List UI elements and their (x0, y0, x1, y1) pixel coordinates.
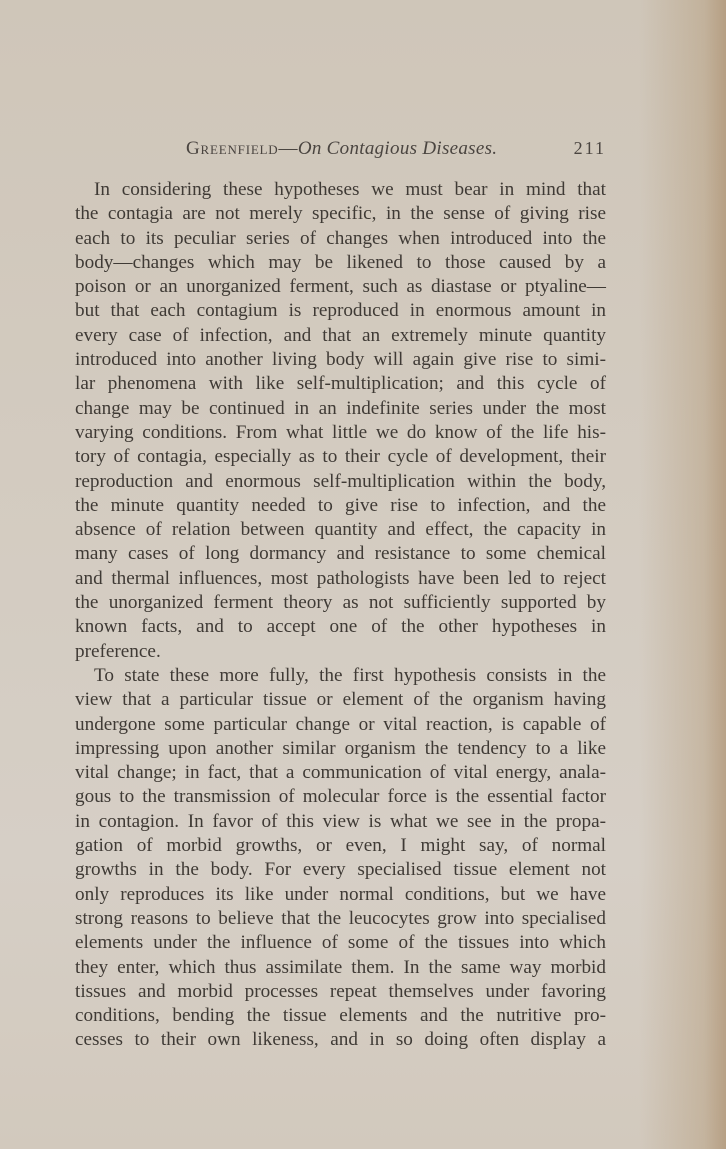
text-line: each to its peculiar series of changes w… (75, 227, 606, 251)
text-line: conditions, bending the tissue elements … (75, 1004, 606, 1028)
text-line: absence of relation between quantity and… (75, 518, 606, 542)
text-line: lar phenomena with like self-multiplicat… (75, 372, 606, 396)
text-line: only reproduces its like under normal co… (75, 883, 606, 907)
running-head-author: Greenfield (186, 138, 279, 159)
text-line: every case of infection, and that an ext… (75, 324, 606, 348)
text-line: preference. (75, 640, 606, 664)
text-line: known facts, and to accept one of the ot… (75, 615, 606, 639)
text-line: the minute quantity needed to give rise … (75, 494, 606, 518)
text-line: impressing upon another similar organism… (75, 737, 606, 761)
body-text: In considering these hypotheses we must … (75, 178, 606, 1053)
running-head-title: On Contagious Diseases. (298, 138, 498, 159)
text-line: they enter, which thus assimilate them. … (75, 956, 606, 980)
text-line: undergone some particular change or vita… (75, 713, 606, 737)
text-line: elements under the influence of some of … (75, 931, 606, 955)
text-line: gous to the transmission of molecular fo… (75, 785, 606, 809)
text-line: strong reasons to believe that the leuco… (75, 907, 606, 931)
text-line: growths in the body. For every specialis… (75, 858, 606, 882)
text-line: and thermal influences, most pathologist… (75, 567, 606, 591)
book-page: Greenfield—On Contagious Diseases. 211 I… (0, 0, 726, 1149)
text-line: vital change; in fact, that a communicat… (75, 761, 606, 785)
text-line: cesses to their own likeness, and in so … (75, 1028, 606, 1052)
text-line: tissues and morbid processes repeat them… (75, 980, 606, 1004)
text-line: but that each contagium is reproduced in… (75, 299, 606, 323)
paragraph-2: To state these more fully, the first hyp… (75, 664, 606, 1053)
text-line: in contagion. In favor of this view is w… (75, 810, 606, 834)
text-line: change may be continued in an indefinite… (75, 397, 606, 421)
text-line: varying conditions. From what little we … (75, 421, 606, 445)
text-line: tory of contagia, especially as to their… (75, 445, 606, 469)
text-line: body—changes which may be likened to tho… (75, 251, 606, 275)
running-head: Greenfield—On Contagious Diseases. 211 (186, 138, 606, 166)
text-line: In considering these hypotheses we must … (75, 178, 606, 202)
text-line: gation of morbid growths, or even, I mig… (75, 834, 606, 858)
running-head-dash: — (279, 138, 298, 159)
text-line: poison or an unorganized ferment, such a… (75, 275, 606, 299)
text-line: the contagia are not merely specific, in… (75, 202, 606, 226)
text-line: introduced into another living body will… (75, 348, 606, 372)
page-number: 211 (574, 138, 606, 159)
text-line: the unorganized ferment theory as not su… (75, 591, 606, 615)
text-line: reproduction and enormous self-multiplic… (75, 470, 606, 494)
text-line: view that a particular tissue or element… (75, 688, 606, 712)
text-line: many cases of long dormancy and resistan… (75, 542, 606, 566)
text-line: To state these more fully, the first hyp… (75, 664, 606, 688)
paragraph-1: In considering these hypotheses we must … (75, 178, 606, 664)
